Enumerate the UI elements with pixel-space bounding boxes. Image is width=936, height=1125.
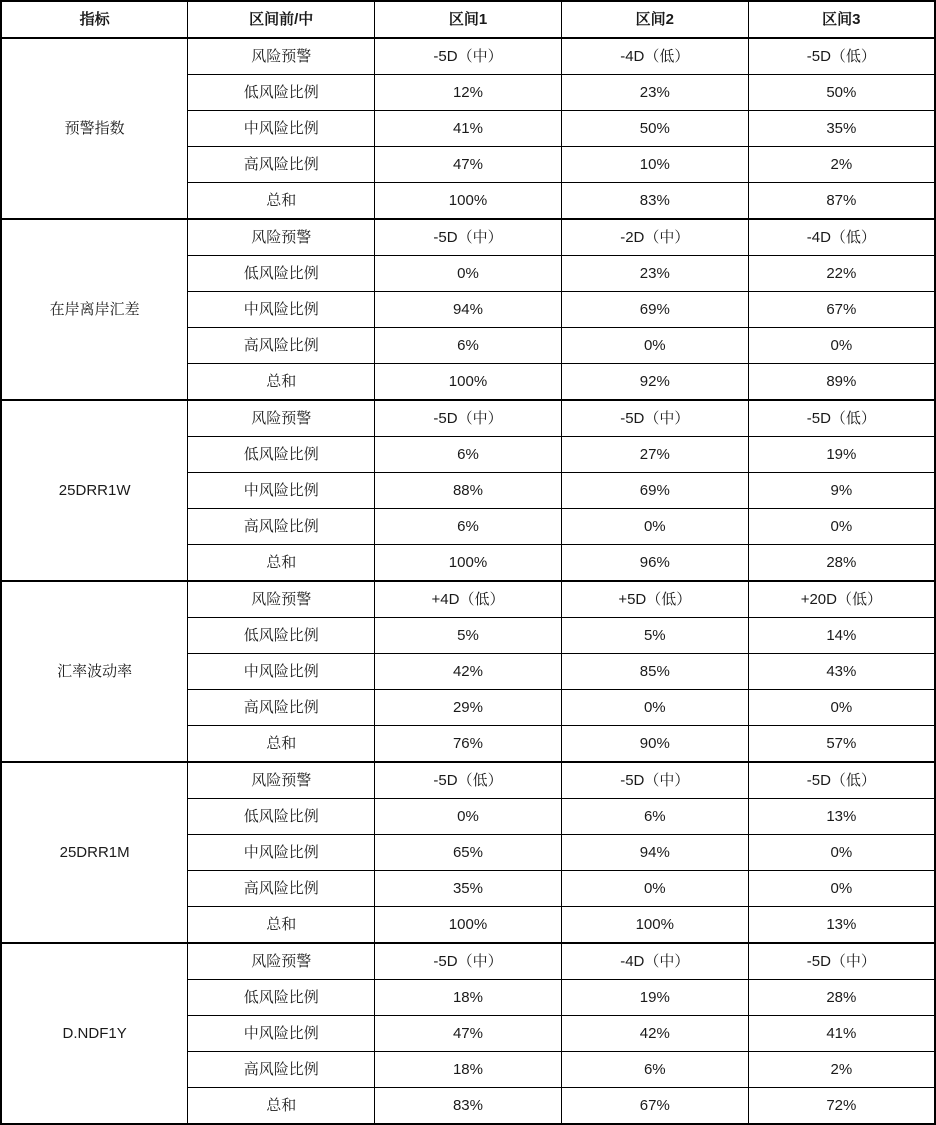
value-cell: 100% xyxy=(561,907,748,944)
table-header: 指标 区间前/中 区间1 区间2 区间3 xyxy=(1,1,935,38)
value-cell: 83% xyxy=(561,183,748,220)
value-cell: 2% xyxy=(748,1052,935,1088)
value-cell: 0% xyxy=(748,871,935,907)
value-cell: 27% xyxy=(561,437,748,473)
indicator-cell: 25DRR1W xyxy=(1,400,188,581)
value-cell: 65% xyxy=(375,835,562,871)
value-cell: -5D（低） xyxy=(748,38,935,75)
value-cell: 6% xyxy=(561,1052,748,1088)
value-cell: 6% xyxy=(375,328,562,364)
row-label-cell: 中风险比例 xyxy=(188,654,375,690)
row-label-cell: 中风险比例 xyxy=(188,292,375,328)
value-cell: -2D（中） xyxy=(561,219,748,256)
value-cell: 0% xyxy=(561,690,748,726)
row-label-cell: 总和 xyxy=(188,1088,375,1125)
value-cell: 67% xyxy=(561,1088,748,1125)
value-cell: 19% xyxy=(561,980,748,1016)
value-cell: 100% xyxy=(375,545,562,582)
value-cell: 92% xyxy=(561,364,748,401)
value-cell: 0% xyxy=(375,256,562,292)
value-cell: 42% xyxy=(561,1016,748,1052)
value-cell: 69% xyxy=(561,292,748,328)
value-cell: 72% xyxy=(748,1088,935,1125)
row-label-cell: 高风险比例 xyxy=(188,509,375,545)
value-cell: 0% xyxy=(561,871,748,907)
value-cell: 28% xyxy=(748,545,935,582)
table-row: D.NDF1Y风险预警-5D（中）-4D（中）-5D（中） xyxy=(1,943,935,980)
value-cell: 5% xyxy=(375,618,562,654)
value-cell: 19% xyxy=(748,437,935,473)
row-label-cell: 低风险比例 xyxy=(188,437,375,473)
value-cell: 47% xyxy=(375,147,562,183)
value-cell: 0% xyxy=(748,835,935,871)
row-label-cell: 风险预警 xyxy=(188,581,375,618)
value-cell: 43% xyxy=(748,654,935,690)
value-cell: +20D（低） xyxy=(748,581,935,618)
value-cell: 42% xyxy=(375,654,562,690)
value-cell: 41% xyxy=(375,111,562,147)
row-label-cell: 风险预警 xyxy=(188,219,375,256)
value-cell: 90% xyxy=(561,726,748,763)
value-cell: -5D（低） xyxy=(748,400,935,437)
value-cell: 10% xyxy=(561,147,748,183)
value-cell: 88% xyxy=(375,473,562,509)
row-label-cell: 高风险比例 xyxy=(188,871,375,907)
value-cell: 50% xyxy=(748,75,935,111)
value-cell: 67% xyxy=(748,292,935,328)
indicator-cell: 在岸离岸汇差 xyxy=(1,219,188,400)
table-row: 预警指数风险预警-5D（中）-4D（低）-5D（低） xyxy=(1,38,935,75)
value-cell: -5D（低） xyxy=(748,762,935,799)
table-row: 25DRR1W风险预警-5D（中）-5D（中）-5D（低） xyxy=(1,400,935,437)
value-cell: 50% xyxy=(561,111,748,147)
value-cell: -5D（中） xyxy=(375,400,562,437)
value-cell: 22% xyxy=(748,256,935,292)
table-row: 汇率波动率风险预警+4D（低）+5D（低）+20D（低） xyxy=(1,581,935,618)
row-label-cell: 中风险比例 xyxy=(188,835,375,871)
value-cell: 14% xyxy=(748,618,935,654)
value-cell: 13% xyxy=(748,799,935,835)
value-cell: -5D（中） xyxy=(375,943,562,980)
row-label-cell: 低风险比例 xyxy=(188,799,375,835)
value-cell: 29% xyxy=(375,690,562,726)
value-cell: 2% xyxy=(748,147,935,183)
value-cell: 69% xyxy=(561,473,748,509)
value-cell: 6% xyxy=(561,799,748,835)
row-label-cell: 总和 xyxy=(188,907,375,944)
value-cell: 35% xyxy=(375,871,562,907)
value-cell: 76% xyxy=(375,726,562,763)
value-cell: 0% xyxy=(375,799,562,835)
value-cell: -5D（中） xyxy=(561,400,748,437)
value-cell: 5% xyxy=(561,618,748,654)
value-cell: 47% xyxy=(375,1016,562,1052)
indicator-cell: 25DRR1M xyxy=(1,762,188,943)
row-label-cell: 中风险比例 xyxy=(188,1016,375,1052)
row-label-cell: 总和 xyxy=(188,726,375,763)
value-cell: -5D（中） xyxy=(375,38,562,75)
header-row: 指标 区间前/中 区间1 区间2 区间3 xyxy=(1,1,935,38)
indicator-cell: D.NDF1Y xyxy=(1,943,188,1124)
row-label-cell: 中风险比例 xyxy=(188,473,375,509)
value-cell: 96% xyxy=(561,545,748,582)
row-label-cell: 风险预警 xyxy=(188,943,375,980)
value-cell: +5D（低） xyxy=(561,581,748,618)
row-label-cell: 风险预警 xyxy=(188,400,375,437)
value-cell: 0% xyxy=(561,328,748,364)
value-cell: 13% xyxy=(748,907,935,944)
value-cell: 94% xyxy=(561,835,748,871)
row-label-cell: 低风险比例 xyxy=(188,256,375,292)
header-interval-pre-mid: 区间前/中 xyxy=(188,1,375,38)
value-cell: -5D（中） xyxy=(375,219,562,256)
value-cell: -5D（中） xyxy=(561,762,748,799)
value-cell: -5D（低） xyxy=(375,762,562,799)
value-cell: 100% xyxy=(375,183,562,220)
table-row: 25DRR1M风险预警-5D（低）-5D（中）-5D（低） xyxy=(1,762,935,799)
row-label-cell: 高风险比例 xyxy=(188,147,375,183)
value-cell: -4D（中） xyxy=(561,943,748,980)
value-cell: 23% xyxy=(561,256,748,292)
header-interval-1: 区间1 xyxy=(375,1,562,38)
table-row: 在岸离岸汇差风险预警-5D（中）-2D（中）-4D（低） xyxy=(1,219,935,256)
value-cell: 0% xyxy=(561,509,748,545)
value-cell: 6% xyxy=(375,509,562,545)
value-cell: 12% xyxy=(375,75,562,111)
table-body: 预警指数风险预警-5D（中）-4D（低）-5D（低）低风险比例12%23%50%… xyxy=(1,38,935,1124)
value-cell: 100% xyxy=(375,907,562,944)
value-cell: 0% xyxy=(748,509,935,545)
value-cell: -4D（低） xyxy=(561,38,748,75)
row-label-cell: 风险预警 xyxy=(188,38,375,75)
row-label-cell: 总和 xyxy=(188,364,375,401)
header-indicator: 指标 xyxy=(1,1,188,38)
value-cell: 28% xyxy=(748,980,935,1016)
value-cell: 9% xyxy=(748,473,935,509)
value-cell: 100% xyxy=(375,364,562,401)
value-cell: -4D（低） xyxy=(748,219,935,256)
row-label-cell: 低风险比例 xyxy=(188,618,375,654)
value-cell: 35% xyxy=(748,111,935,147)
row-label-cell: 低风险比例 xyxy=(188,75,375,111)
value-cell: 0% xyxy=(748,328,935,364)
value-cell: 18% xyxy=(375,1052,562,1088)
value-cell: -5D（中） xyxy=(748,943,935,980)
value-cell: 94% xyxy=(375,292,562,328)
header-interval-2: 区间2 xyxy=(561,1,748,38)
risk-warning-table: 指标 区间前/中 区间1 区间2 区间3 预警指数风险预警-5D（中）-4D（低… xyxy=(0,0,936,1125)
value-cell: 6% xyxy=(375,437,562,473)
value-cell: 85% xyxy=(561,654,748,690)
indicator-cell: 汇率波动率 xyxy=(1,581,188,762)
row-label-cell: 高风险比例 xyxy=(188,328,375,364)
row-label-cell: 低风险比例 xyxy=(188,980,375,1016)
value-cell: 18% xyxy=(375,980,562,1016)
value-cell: 87% xyxy=(748,183,935,220)
value-cell: 23% xyxy=(561,75,748,111)
row-label-cell: 高风险比例 xyxy=(188,690,375,726)
value-cell: 57% xyxy=(748,726,935,763)
value-cell: 41% xyxy=(748,1016,935,1052)
header-interval-3: 区间3 xyxy=(748,1,935,38)
row-label-cell: 中风险比例 xyxy=(188,111,375,147)
indicator-cell: 预警指数 xyxy=(1,38,188,219)
value-cell: +4D（低） xyxy=(375,581,562,618)
row-label-cell: 风险预警 xyxy=(188,762,375,799)
row-label-cell: 总和 xyxy=(188,183,375,220)
row-label-cell: 总和 xyxy=(188,545,375,582)
value-cell: 0% xyxy=(748,690,935,726)
value-cell: 89% xyxy=(748,364,935,401)
row-label-cell: 高风险比例 xyxy=(188,1052,375,1088)
value-cell: 83% xyxy=(375,1088,562,1125)
